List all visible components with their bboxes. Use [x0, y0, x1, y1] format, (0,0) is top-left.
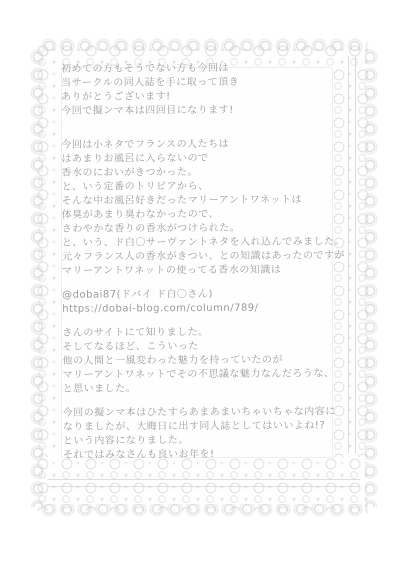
text-line: と思いました。 [63, 381, 345, 396]
lace-doily-frame: 初めての方もそうでない方も今回は 当サークルの同人誌を手に取って頂き ありがとう… [36, 44, 372, 511]
paragraph-thoughts: さんのサイトにて知りました。 そしてなるほど、こういった 他の人間と一風変わった… [62, 325, 344, 396]
text-line: と、いう定番のトリビアから、 [62, 179, 344, 194]
text-line: マリーアントワネットでその不思議な魅力なんだろうな、 [63, 367, 345, 382]
text-line: という内容になりました。 [63, 433, 345, 448]
text-line: と、いう、ド白〇サーヴァントネタを入れ込んでみました。 [62, 235, 344, 250]
text-line: さわやかな香りの香水がつけられた。 [62, 221, 344, 236]
lace-ribbon-vertical [348, 56, 356, 453]
text-line: そんな中お風呂好きだったマリーアントワネットは [62, 193, 344, 208]
text-line: 元々フランス人の香水がきつい、との知識はあったのですが [62, 249, 344, 264]
afterword-text: 初めての方もそうでない方も今回は 当サークルの同人誌を手に取って頂き ありがとう… [61, 61, 345, 472]
text-line: はあまりお風呂に入らないので [61, 151, 343, 166]
text-line: 香水のにおいがきつかった。 [61, 165, 343, 180]
text-line: なりましたが、大晦日に出す同人誌としてはいいよね!? [63, 419, 345, 434]
text-line: 今回は小ネタでフランスの人たちは [61, 137, 343, 152]
text-line: 体臭があまり臭わなかったので、 [62, 207, 344, 222]
text-line: それではみなさんも良いお年を! [63, 447, 345, 462]
credit-handle: @dobai87(ドバイ ド白〇さん) [62, 287, 344, 302]
text-line: 初めての方もそうでない方も今回は [61, 61, 343, 76]
lace-ribbon-horizontal [48, 479, 360, 487]
text-line: そしてなるほど、こういった [62, 339, 344, 354]
paragraph-source-credit: @dobai87(ドバイ ド白〇さん) https://dobai-blog.c… [62, 287, 344, 316]
text-line: 他の人間と一風変わった魅力を持っていたのが [62, 353, 344, 368]
text-line: さんのサイトにて知りました。 [62, 325, 344, 340]
text-line: 今回の擬ンマ本はひたすらあまあまいちゃいちゃな内容に [63, 405, 345, 420]
lace-band-left [36, 68, 62, 457]
paragraph-trivia: 今回は小ネタでフランスの人たちは はあまりお風呂に入らないので 香水のにおいがき… [61, 137, 344, 278]
text-line: 今回で擬ンマ本は四回目になります! [61, 103, 343, 118]
text-line: マリーアントワネットの使ってる香水の知識は [62, 263, 344, 278]
paragraph-greeting: 初めての方もそうでない方も今回は 当サークルの同人誌を手に取って頂き ありがとう… [61, 61, 343, 118]
text-line: 当サークルの同人誌を手に取って頂き [61, 75, 343, 90]
scanned-afterword-page: 初めての方もそうでない方も今回は 当サークルの同人誌を手に取って頂き ありがとう… [0, 0, 400, 565]
blog-url: https://dobai-blog.com/column/789/ [62, 301, 344, 316]
text-line: ありがとうございます! [61, 89, 343, 104]
paragraph-closing: 今回の擬ンマ本はひたすらあまあまいちゃいちゃな内容に なりましたが、大晦日に出す… [63, 405, 345, 462]
